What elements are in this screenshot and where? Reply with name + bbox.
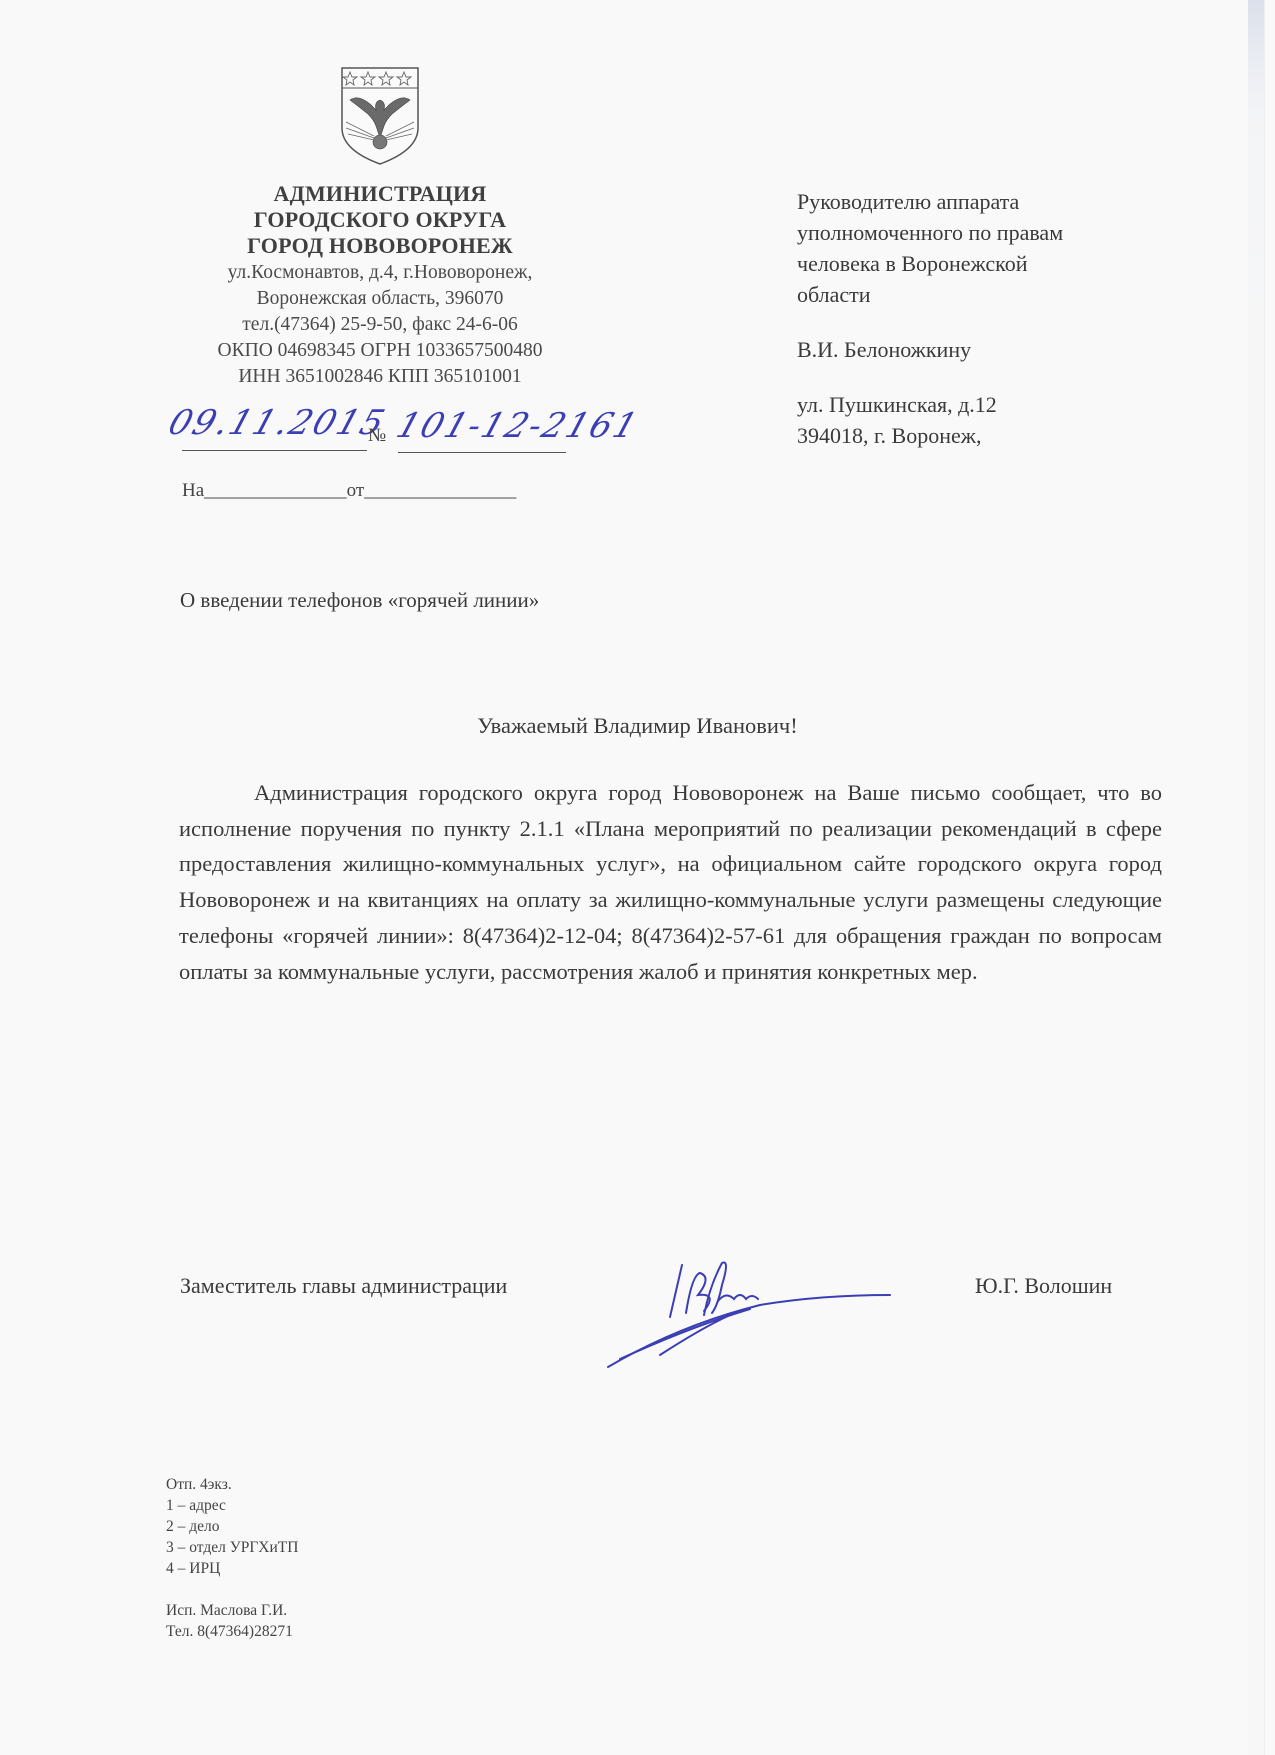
recipient-line: области — [797, 279, 1177, 310]
number-underline — [398, 452, 566, 453]
org-title-line: АДМИНИСТРАЦИЯ — [170, 181, 590, 207]
outgoing-number-handwritten: 101-12-2161 — [392, 406, 645, 446]
greeting: Уважаемый Владимир Иванович! — [0, 713, 1275, 739]
distribution-item: 3 – отдел УРГХиТП — [166, 1537, 298, 1558]
outgoing-date-handwritten: 09.11.2015 — [164, 403, 392, 443]
letterhead: АДМИНИСТРАЦИЯ ГОРОДСКОГО ОКРУГА ГОРОД НО… — [170, 181, 590, 389]
signatory-role: Заместитель главы администрации — [180, 1273, 507, 1299]
scan-edge-shadow — [1248, 0, 1264, 1755]
org-address-line: тел.(47364) 25-9-50, факс 24-6-06 — [170, 313, 590, 337]
distribution-item: 1 – адрес — [166, 1495, 298, 1516]
recipient-line: уполномоченного по правам — [797, 217, 1177, 248]
executor-phone: Тел. 8(47364)28271 — [166, 1621, 298, 1642]
coat-of-arms-icon — [338, 66, 422, 166]
distribution-block: Отп. 4экз. 1 – адрес 2 – дело 3 – отдел … — [166, 1474, 298, 1642]
org-title-line: ГОРОДСКОГО ОКРУГА — [170, 207, 590, 233]
org-title-line: ГОРОД НОВОВОРОНЕЖ — [170, 233, 590, 259]
handwritten-signature-icon — [600, 1255, 900, 1370]
recipient-line: Руководителю аппарата — [797, 186, 1177, 217]
copies-header: Отп. 4экз. — [166, 1474, 298, 1495]
org-address-line: ул.Космонавтов, д.4, г.Нововоронеж, — [170, 261, 590, 285]
org-address-line: ИНН 3651002846 КПП 365101001 — [170, 365, 590, 389]
reply-reference-line: На_______________от________________ — [182, 480, 516, 502]
recipient-block: Руководителю аппарата уполномоченного по… — [797, 186, 1177, 451]
recipient-line: человека в Воронежской — [797, 248, 1177, 279]
signatory-name: Ю.Г. Волошин — [975, 1273, 1112, 1299]
letter-subject: О введении телефонов «горячей линии» — [180, 588, 539, 613]
org-address-line: ОКПО 04698345 ОГРН 1033657500480 — [170, 339, 590, 363]
executor-name: Исп. Маслова Г.И. — [166, 1600, 298, 1621]
distribution-item: 4 – ИРЦ — [166, 1558, 298, 1579]
distribution-item: 2 – дело — [166, 1516, 298, 1537]
scan-edge-line — [1264, 0, 1265, 1755]
recipient-address-line: 394018, г. Воронеж, — [797, 420, 1177, 451]
date-underline — [182, 450, 367, 451]
number-sign: № — [368, 425, 386, 447]
letter-body: Администрация городского округа город Но… — [179, 775, 1162, 989]
org-address-line: Воронежская область, 396070 — [170, 287, 590, 311]
recipient-name: В.И. Белоножкину — [797, 334, 1177, 365]
recipient-address-line: ул. Пушкинская, д.12 — [797, 389, 1177, 420]
